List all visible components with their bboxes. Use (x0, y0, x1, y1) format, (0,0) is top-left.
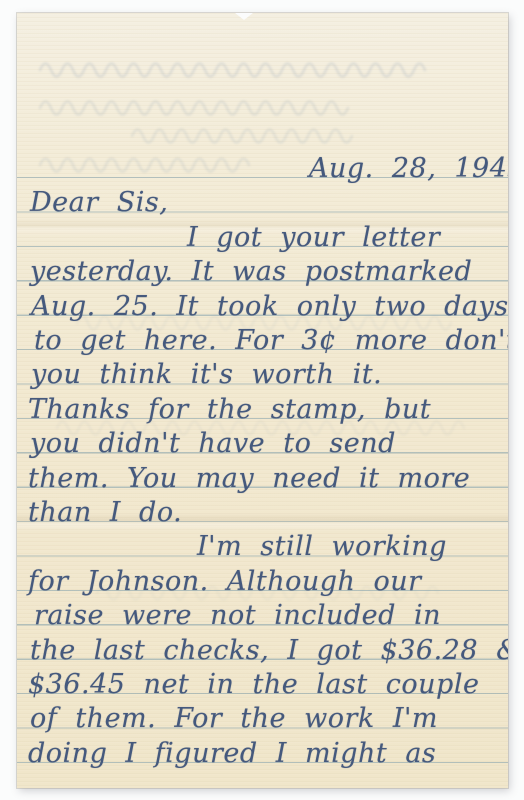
letter-line: I'm still working (197, 530, 447, 564)
letter-line: them. You may need it more (28, 462, 470, 496)
letter-line: you didn't have to send (30, 427, 396, 461)
letter-line: you think it's worth it. (31, 358, 382, 392)
bleed-through-ghost-writing (17, 13, 508, 788)
letter-line: to get here. For 3¢ more don't (34, 324, 508, 358)
letter-paper: Aug. 28, 1943 Dear Sis, I got your lette… (17, 13, 508, 788)
letter-line: than I do. (28, 496, 182, 530)
salutation-line: Dear Sis, (30, 186, 168, 220)
letter-line: Aug. 25. It took only two days (31, 290, 508, 324)
letter-line: raise were not included in (34, 599, 441, 633)
scanned-letter-page: Aug. 28, 1943 Dear Sis, I got your lette… (0, 0, 524, 800)
letter-line: the last checks, I got $36.28 & (30, 634, 508, 668)
fold-crease-upper (17, 219, 508, 235)
ruled-lines (17, 177, 508, 788)
letter-line: I got your letter (187, 221, 440, 255)
date-line: Aug. 28, 1943 (309, 152, 508, 186)
fold-crease-lower (17, 513, 508, 531)
letter-line: yesterday. It was postmarked (30, 255, 472, 289)
letter-line: of them. For the work I'm (30, 702, 438, 736)
letter-line: doing I figured I might as (28, 737, 436, 771)
paper-texture (17, 13, 508, 788)
letter-line: for Johnson. Although our (28, 565, 422, 599)
paper-tear-notch (235, 13, 253, 20)
letter-line: Thanks for the stamp, but (28, 393, 431, 427)
letter-line: $36.45 net in the last couple (28, 668, 479, 702)
